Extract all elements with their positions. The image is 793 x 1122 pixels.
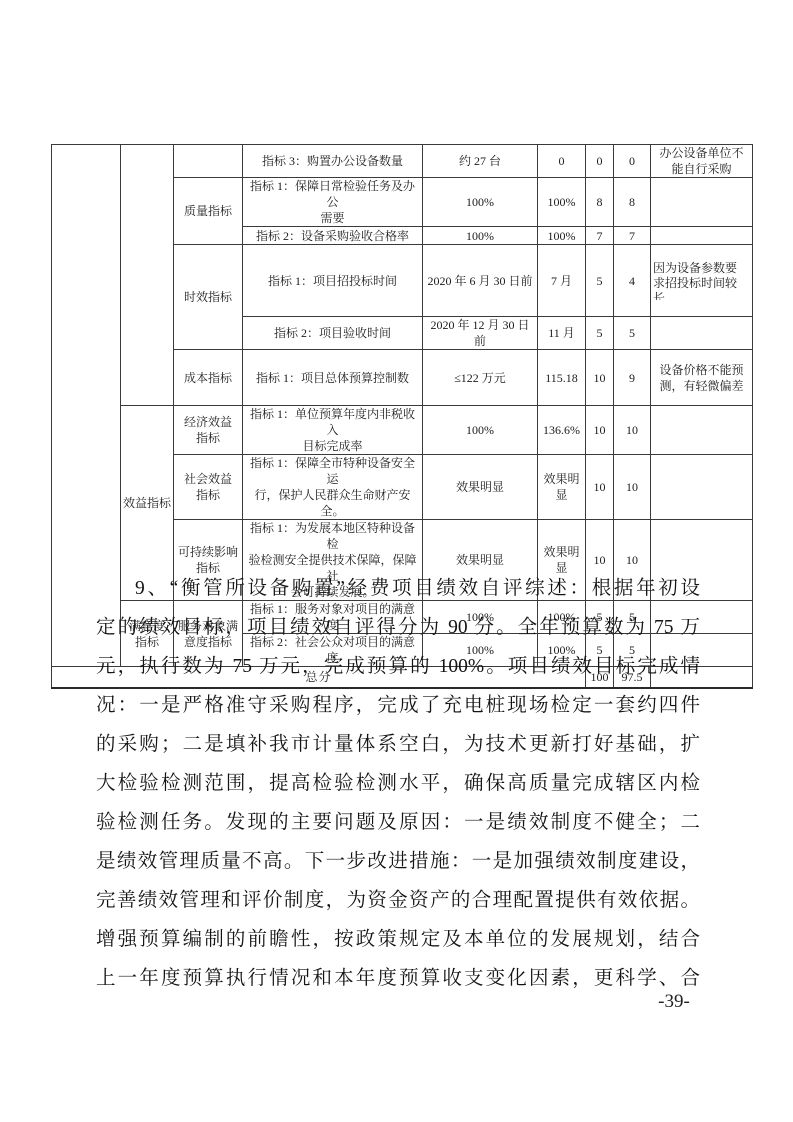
page-number: -39- [628, 991, 720, 1013]
continued-subgroup-cell [174, 145, 243, 178]
self-score-cell: 10 [614, 406, 651, 455]
score-cell: 5 [586, 245, 614, 317]
paragraph-line: 验检测任务。发现的主要问题及原因：一是绩效制度不健全；二 [96, 803, 700, 842]
indicator-cell: 指标 2：项目验收时间 [243, 317, 423, 350]
score-cell: 10 [586, 406, 614, 455]
paragraph-line: 是绩效管理质量不高。下一步改进措施：一是加强绩效制度建设， [96, 842, 700, 881]
cost-group-label: 成本指标 [174, 350, 243, 406]
paragraph-line: 增强预算编制的前瞻性，按政策规定及本单位的发展规划，结合 [96, 920, 700, 959]
paragraph-line: 元，执行数为 75 万元，完成预算的 100%。项目绩效目标完成情 [96, 647, 700, 686]
actual-cell: 0 [538, 145, 586, 178]
score-cell: 0 [586, 145, 614, 178]
target-cell: ≤122 万元 [423, 350, 538, 406]
social-group-label: 社会效益 指标 [174, 455, 243, 520]
actual-cell: 11 月 [538, 317, 586, 350]
target-cell: 2020 年 6 月 30 日前 [423, 245, 538, 317]
self-score-cell: 4 [614, 245, 651, 317]
score-cell: 10 [586, 350, 614, 406]
indicator-cell: 指标 1：项目总体预算控制数 [243, 350, 423, 406]
target-cell: 100% [423, 178, 538, 227]
self-score-cell: 5 [614, 317, 651, 350]
indicator-cell: 指标 1：单位预算年度内非税收入 目标完成率 [243, 406, 423, 455]
remark-clipped-text: 因为设备参数要 求招投标时间较 长 [653, 261, 750, 300]
remark-cell [651, 178, 753, 227]
paragraph-line: 况：一是严格准守采购程序，完成了充电桩现场检定一套约四件 [96, 686, 700, 725]
document-page: 指标 3：购置办公设备数量 约 27 台 0 0 0 办公设备单位不 能自行采购… [0, 0, 793, 1122]
indicator-cell: 指标 2：设备采购验收合格率 [243, 227, 423, 245]
indicator-cell: 指标 1：保障日常检验任务及办公 需要 [243, 178, 423, 227]
indicator-cell: 指标 3：购置办公设备数量 [243, 145, 423, 178]
actual-cell: 效果明 显 [538, 455, 586, 520]
self-score-cell: 8 [614, 178, 651, 227]
actual-cell: 100% [538, 178, 586, 227]
actual-cell: 100% [538, 227, 586, 245]
quality-group-label: 质量指标 [174, 178, 243, 245]
paragraph-line: 完善绩效管理和评价制度，为资金资产的合理配置提供有效依据。 [96, 881, 700, 920]
remark-cell: 因为设备参数要 求招投标时间较 长 [651, 245, 753, 317]
remark-cell [651, 227, 753, 245]
actual-cell: 7 月 [538, 245, 586, 317]
target-cell: 约 27 台 [423, 145, 538, 178]
target-cell: 效果明显 [423, 455, 538, 520]
paragraph-line: 上一年度预算执行情况和本年度预算收支变化因素，更科学、合 [96, 959, 700, 998]
self-evaluation-summary-paragraph: 9、“衡管所设备购置”经费项目绩效自评综述：根据年初设定的绩效目标，项目绩效自评… [96, 569, 700, 998]
score-cell: 7 [586, 227, 614, 245]
paragraph-line: 9、“衡管所设备购置”经费项目绩效自评综述：根据年初设 [96, 569, 700, 608]
paragraph-line: 大检验检测范围，提高检验检测水平，确保高质量完成辖区内检 [96, 764, 700, 803]
remark-cell: 设备价格不能预 测，有轻微偏差 [651, 350, 753, 406]
remark-cell: 办公设备单位不 能自行采购 [651, 145, 753, 178]
paragraph-line: 定的绩效目标，项目绩效自评得分为 90 分。全年预算数为 75 万 [96, 608, 700, 647]
self-score-cell: 9 [614, 350, 651, 406]
target-cell: 100% [423, 406, 538, 455]
self-score-cell: 10 [614, 455, 651, 520]
score-cell: 10 [586, 455, 614, 520]
indicator-cell: 指标 1：项目招投标时间 [243, 245, 423, 317]
score-cell: 8 [586, 178, 614, 227]
table-row: 效益指标 经济效益 指标 指标 1：单位预算年度内非税收入 目标完成率 100%… [52, 406, 753, 455]
score-cell: 5 [586, 317, 614, 350]
remark-cell [651, 406, 753, 455]
paragraph-line: 的采购；二是填补我市计量体系空白，为技术更新打好基础，扩 [96, 725, 700, 764]
economic-group-label: 经济效益 指标 [174, 406, 243, 455]
self-score-cell: 7 [614, 227, 651, 245]
remark-cell [651, 317, 753, 350]
actual-cell: 136.6% [538, 406, 586, 455]
self-score-cell: 0 [614, 145, 651, 178]
remark-cell [651, 455, 753, 520]
target-cell: 100% [423, 227, 538, 245]
table-row: 指标 3：购置办公设备数量 约 27 台 0 0 0 办公设备单位不 能自行采购 [52, 145, 753, 178]
timeliness-group-label: 时效指标 [174, 245, 243, 350]
indicator-cell: 指标 1：保障全市特种设备安全运 行，保护人民群众生命财产安全。 [243, 455, 423, 520]
continued-group-cell [121, 145, 174, 406]
target-cell: 2020 年 12 月 30 日前 [423, 317, 538, 350]
actual-cell: 115.18 [538, 350, 586, 406]
